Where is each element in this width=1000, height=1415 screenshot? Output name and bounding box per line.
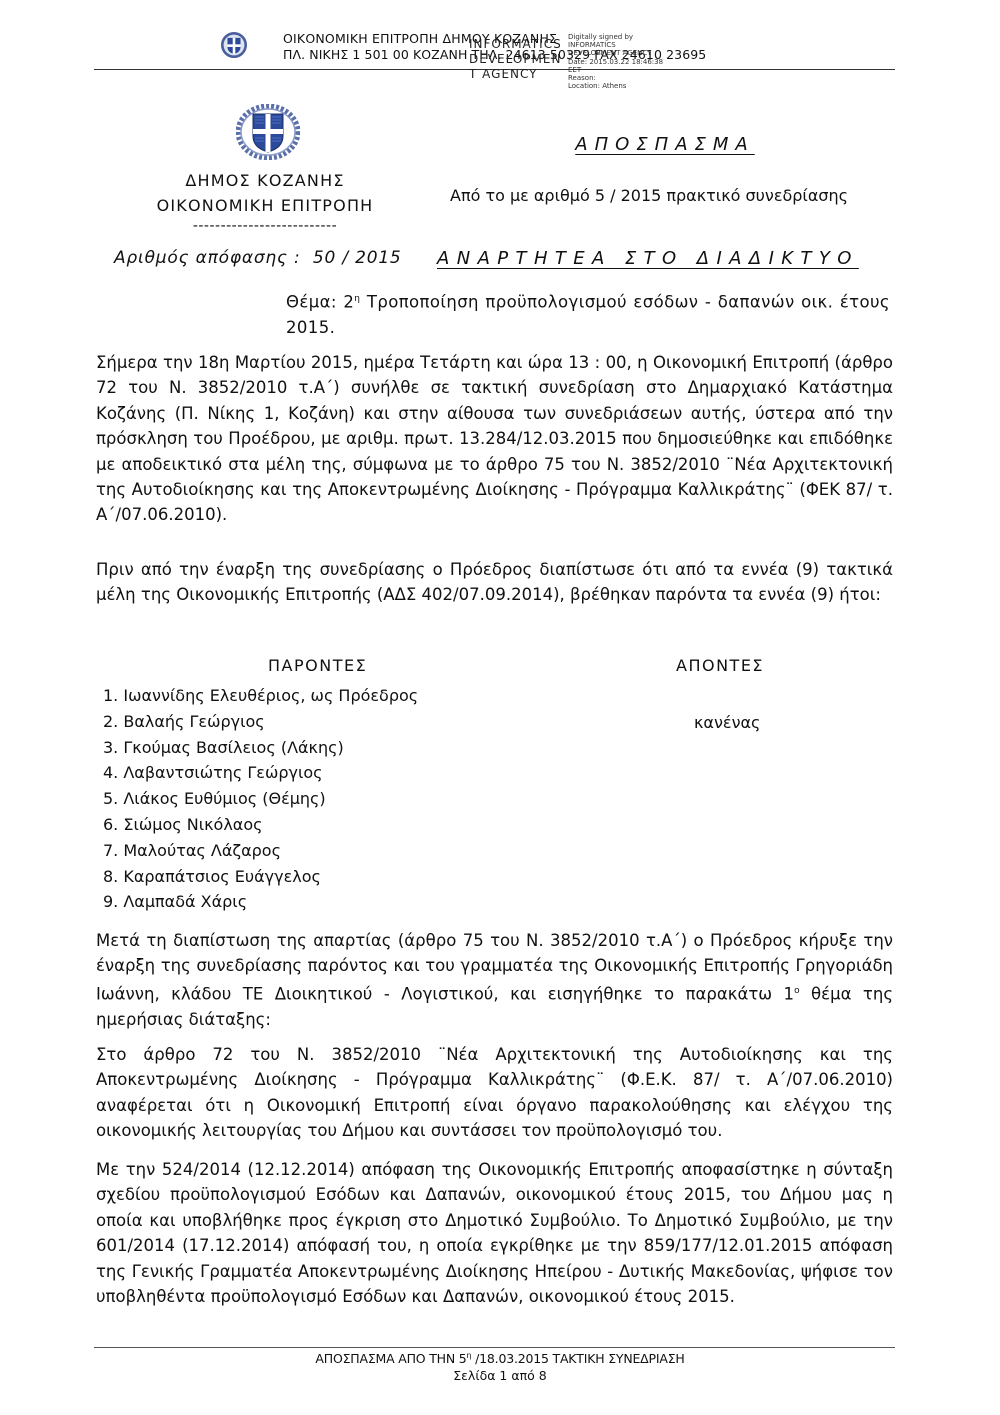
subject: Θέμα: 2η Τροποποίηση προϋπολογισμού εσόδ… — [286, 287, 890, 340]
list-item: 9. Λαμπαδά Χάρις — [103, 889, 418, 915]
present-header: ΠΑΡΟΝΤΕΣ — [268, 656, 367, 675]
quorum-paragraph: Πριν από την έναρξη της συνεδρίασης ο Πρ… — [96, 557, 893, 608]
page-number: Σελίδα 1 από 8 — [0, 1368, 1000, 1383]
meeting-intro-paragraph: Σήμερα την 18η Μαρτίου 2015, ημέρα Τετάρ… — [96, 350, 893, 528]
municipality-name: ΔΗΜΟΣ ΚΟΖΑΝΗΣ — [110, 171, 420, 190]
decision-label: Αριθμός απόφασης : — [114, 248, 301, 268]
absent-header: ΑΠΟΝΤΕΣ — [676, 656, 764, 675]
digital-signature-details: Digitally signed by INFORMATICS DEVELOPM… — [568, 33, 663, 90]
absent-members: κανένας — [694, 713, 760, 732]
coat-of-arms-small-icon — [221, 32, 247, 58]
list-item: 2. Βαλαής Γεώργιος — [103, 709, 418, 735]
list-item: 3. Γκούμας Βασίλειος (Λάκης) — [103, 735, 418, 761]
list-item: 4. Λαβαντσιώτης Γεώργιος — [103, 760, 418, 786]
decision-value: 50 / 2015 — [313, 248, 402, 268]
present-members-list: 1. Ιωαννίδης Ελευθέριος, ως Πρόεδρος 2. … — [103, 683, 418, 915]
title-separator: -------------------------- — [110, 218, 420, 234]
budget-history-paragraph: Με την 524/2014 (12.12.2014) απόφαση της… — [96, 1157, 893, 1309]
law-reference-paragraph: Στο άρθρο 72 του Ν. 3852/2010 ¨Νέα Αρχιτ… — [96, 1042, 893, 1144]
publish-notice: ΑΝΑΡΤΗΤΕΑ ΣΤΟ ΔΙΑΔΙΚΤΥΟ — [437, 248, 859, 269]
footer-session-info: ΑΠΟΣΠΑΣΜΑ ΑΠΟ ΤΗΝ 5η /18.03.2015 ΤΑΚΤΙΚΗ… — [0, 1351, 1000, 1366]
list-item: 5. Λιάκος Ευθύμιος (Θέμης) — [103, 786, 418, 812]
minutes-reference: Από το με αριθμό 5 / 2015 πρακτικό συνεδ… — [450, 186, 848, 205]
coat-of-arms-icon — [236, 104, 300, 160]
document-title: ΑΠΟΣΠΑΣΜΑ — [430, 134, 900, 155]
list-item: 7. Μαλούτας Λάζαρος — [103, 838, 418, 864]
list-item: 8. Καραπάτσιος Ευάγγελος — [103, 864, 418, 890]
digital-signature-agency: INFORMATICS DEVELOPMEN T AGENCY — [469, 37, 562, 82]
agenda-intro-paragraph: Μετά τη διαπίστωση της απαρτίας (άρθρο 7… — [96, 928, 893, 1032]
list-item: 6. Σιώμος Νικόλαος — [103, 812, 418, 838]
footer-divider — [94, 1347, 895, 1348]
decision-number: Αριθμός απόφασης : 50 / 2015 — [114, 248, 402, 268]
committee-name: ΟΙΚΟΝΟΜΙΚΗ ΕΠΙΤΡΟΠΗ — [110, 196, 420, 215]
list-item: 1. Ιωαννίδης Ελευθέριος, ως Πρόεδρος — [103, 683, 418, 709]
